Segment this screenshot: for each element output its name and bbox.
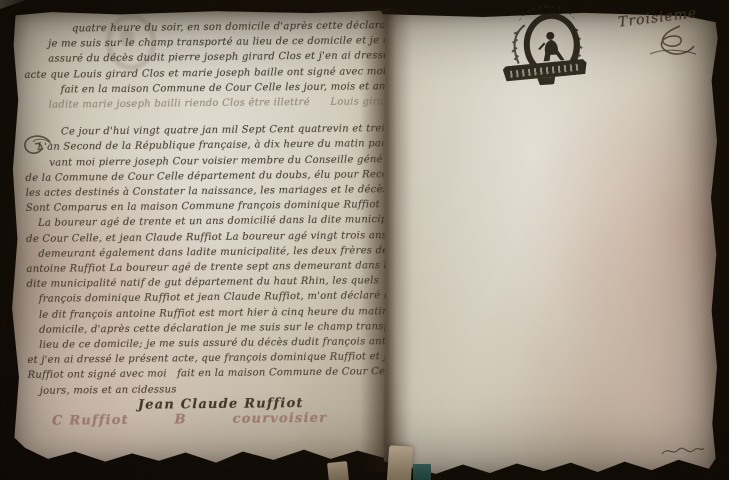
left-page-text: quatre heure du soir, en son domicile d'… bbox=[24, 18, 390, 429]
fiscal-stamp-icon bbox=[498, 6, 598, 93]
stamp-banner-letters bbox=[510, 64, 580, 78]
scan-corner-glare bbox=[0, 0, 26, 9]
closing-paraph-icon bbox=[660, 442, 706, 460]
spine-strip bbox=[387, 445, 413, 480]
teal-bookmark-icon bbox=[413, 464, 431, 480]
stamp-seated-figure-icon bbox=[535, 28, 569, 66]
corner-paraph-icon bbox=[630, 24, 700, 62]
manuscript-line: C Ruffiot B courvoisier bbox=[52, 410, 390, 429]
paragraph-flourish-icon bbox=[20, 134, 54, 160]
manuscript-line: ladite marie joseph bailli riendo Clos ê… bbox=[49, 94, 387, 113]
corner-annotation: Troisieme bbox=[596, 4, 722, 64]
left-page: quatre heure du soir, en son domicile d'… bbox=[6, 8, 388, 470]
manuscript-scan: quatre heure du soir, en son domicile d'… bbox=[0, 0, 729, 480]
binding-wedge bbox=[327, 461, 349, 480]
